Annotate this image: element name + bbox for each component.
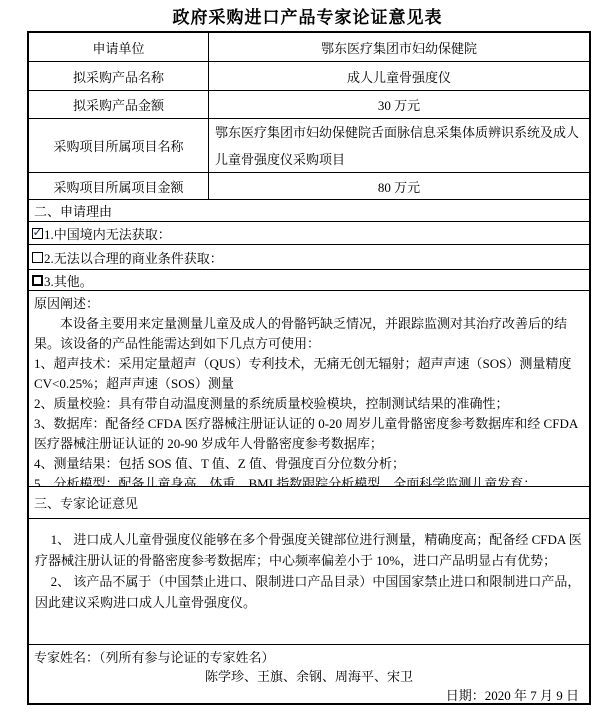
reason-item-4: 4、测量结果：包括 SOS 值、T 值、Z 值、骨强度百分位数分析； <box>34 454 584 474</box>
check-mark-icon: ✓ <box>32 226 42 238</box>
expert-opinion-block: 1、 进口成人儿童骨强度仪能够在多个骨强度关键部位进行测量，精确度高；配备经 C… <box>29 518 589 644</box>
opinion-paragraph-1: 1、 进口成人儿童骨强度仪能够在多个骨强度关键部位进行测量，精确度高；配备经 C… <box>35 529 582 571</box>
date-label: 日期：2020 年 7 月 9 日 <box>34 686 584 703</box>
reason-item-3: 3、数据库：配备经 CFDA 医疗器械注册证认证的 0-20 周岁儿童骨骼密度参… <box>34 414 584 454</box>
table-row-project-name: 采购项目所属项目名称 鄂东医疗集团市妇幼保健院舌面脉信息采集体质辨识系统及成人儿… <box>29 118 589 172</box>
checkbox-label: 3.其他。 <box>44 271 93 290</box>
field-value-product-amount: 30 万元 <box>209 91 589 118</box>
section-heading-expert-opinion: 三、专家论证意见 <box>29 486 589 518</box>
reason-item-2: 2、质量校验：具有带自动温度测量的系统质量校验模块，控制测试结果的准确性； <box>34 394 584 414</box>
apply-option-domestic-unavailable: ✓ 1.中国境内无法获取： <box>29 221 589 244</box>
section-heading-apply-reason: 二、申请理由 <box>29 199 589 221</box>
experts-footer-block: 专家姓名：（列所有参与论证的专家姓名） 陈学珍、王旗、余钢、周海平、宋卫 日期：… <box>29 644 589 703</box>
checkbox-icon[interactable]: ✓ <box>32 228 43 239</box>
table-row-project-amount: 采购项目所属项目金额 80 万元 <box>29 172 589 199</box>
checkbox-icon[interactable]: ✓ <box>32 252 43 263</box>
checkbox-label: 1.中国境内无法获取： <box>44 224 171 243</box>
opinion-paragraph-2: 2、 该产品不属于（中国禁止进口、限制进口产品目录）中国国家禁止进口和限制进口产… <box>35 571 582 613</box>
field-label-applicant: 申请单位 <box>29 33 209 61</box>
checkbox-icon[interactable]: ✓ <box>32 275 43 286</box>
table-row-product-name: 拟采购产品名称 成人儿童骨强度仪 <box>29 61 589 90</box>
reason-intro: 本设备主要用来定量测量儿童及成人的骨骼钙缺乏情况，并跟踪监测对其治疗改善后的结果… <box>34 314 584 354</box>
field-label-project-amount: 采购项目所属项目金额 <box>29 173 209 199</box>
experts-label: 专家姓名：（列所有参与论证的专家姓名） <box>34 648 584 667</box>
field-label-product-amount: 拟采购产品金额 <box>29 91 209 118</box>
field-value-product-name: 成人儿童骨强度仪 <box>209 62 589 90</box>
apply-option-other: ✓ 3.其他。 <box>29 269 589 290</box>
experts-names: 陈学珍、王旗、余钢、周海平、宋卫 <box>34 667 584 686</box>
field-label-product-name: 拟采购产品名称 <box>29 62 209 90</box>
reason-elaboration-block: 原因阐述： 本设备主要用来定量测量儿童及成人的骨骼钙缺乏情况，并跟踪监测对其治疗… <box>29 290 589 486</box>
reason-item-1: 1、超声技术：采用定量超声（QUS）专利技术，无痛无创无辐射；超声声速（SOS）… <box>34 354 584 394</box>
table-row-product-amount: 拟采购产品金额 30 万元 <box>29 90 589 118</box>
field-value-project-amount: 80 万元 <box>209 173 589 199</box>
form-table: 申请单位 鄂东医疗集团市妇幼保健院 拟采购产品名称 成人儿童骨强度仪 拟采购产品… <box>27 31 591 705</box>
checkbox-label: 2.无法以合理的商业条件获取： <box>44 248 223 267</box>
table-row-applicant: 申请单位 鄂东医疗集团市妇幼保健院 <box>29 33 589 61</box>
apply-option-unreasonable-terms: ✓ 2.无法以合理的商业条件获取： <box>29 244 589 269</box>
field-value-project-name: 鄂东医疗集团市妇幼保健院舌面脉信息采集体质辨识系统及成人儿童骨强度仪采购项目 <box>209 119 589 172</box>
reason-heading: 原因阐述： <box>34 294 584 314</box>
document-page: 政府采购进口产品专家论证意见表 申请单位 鄂东医疗集团市妇幼保健院 拟采购产品名… <box>0 0 615 723</box>
field-value-applicant: 鄂东医疗集团市妇幼保健院 <box>209 33 589 61</box>
field-label-project-name: 采购项目所属项目名称 <box>29 119 209 172</box>
reason-item-5: 5、分析模型：配备儿童身高、体重、BMI 指数跟踪分析模型，全面科学监测儿童发育… <box>34 474 584 486</box>
page-title: 政府采购进口产品专家论证意见表 <box>0 0 615 31</box>
